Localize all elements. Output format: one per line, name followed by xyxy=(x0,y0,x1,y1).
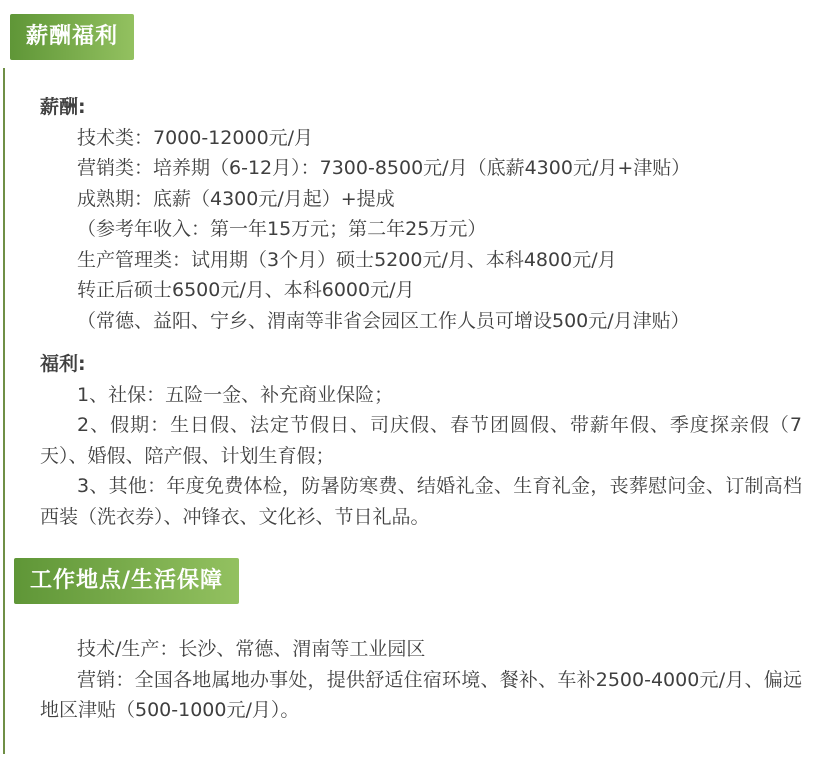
welfare-line-holidays: 2、假期：生日假、法定节假日、司庆假、春节团圆假、带薪年假、季度探亲假（7天）、… xyxy=(40,410,802,471)
content-area: 薪酬: 技术类：7000-12000元/月 营销类：培养期（6-12月）：730… xyxy=(3,68,838,754)
location-line-marketing: 营销：全国各地属地办事处，提供舒适住宿环境、餐补、车补2500-4000元/月、… xyxy=(40,665,802,726)
welfare-label: 福利: xyxy=(40,349,802,380)
work-location-section-badge: 工作地点/生活保障 xyxy=(14,558,239,604)
welfare-line-insurance: 1、社保：五险一金、补充商业保险； xyxy=(40,380,802,411)
salary-line-tech: 技术类：7000-12000元/月 xyxy=(40,123,802,154)
salary-line-subsidy-note: （常德、益阳、宁乡、渭南等非省会园区工作人员可增设500元/月津贴） xyxy=(40,306,802,337)
salary-line-after-probation: 转正后硕士6500元/月、本科6000元/月 xyxy=(40,275,802,306)
salary-label: 薪酬: xyxy=(40,92,802,123)
article-page: 薪酬福利 薪酬: 技术类：7000-12000元/月 营销类：培养期（6-12月… xyxy=(0,0,838,763)
welfare-line-others: 3、其他：年度免费体检，防暑防寒费、结婚礼金、生育礼金，丧葬慰问金、订制高档西装… xyxy=(40,471,802,532)
location-line-tech-production: 技术/生产：长沙、常德、渭南等工业园区 xyxy=(40,634,802,665)
salary-line-mature: 成熟期：底薪（4300元/月起）+提成 xyxy=(40,184,802,215)
salary-line-marketing: 营销类：培养期（6-12月）：7300-8500元/月（底薪4300元/月+津贴… xyxy=(40,153,802,184)
salary-line-reference-income: （参考年收入：第一年15万元；第二年25万元） xyxy=(40,214,802,245)
salary-line-production: 生产管理类：试用期（3个月）硕士5200元/月、本科4800元/月 xyxy=(40,245,802,276)
salary-benefits-section-badge: 薪酬福利 xyxy=(10,14,134,60)
